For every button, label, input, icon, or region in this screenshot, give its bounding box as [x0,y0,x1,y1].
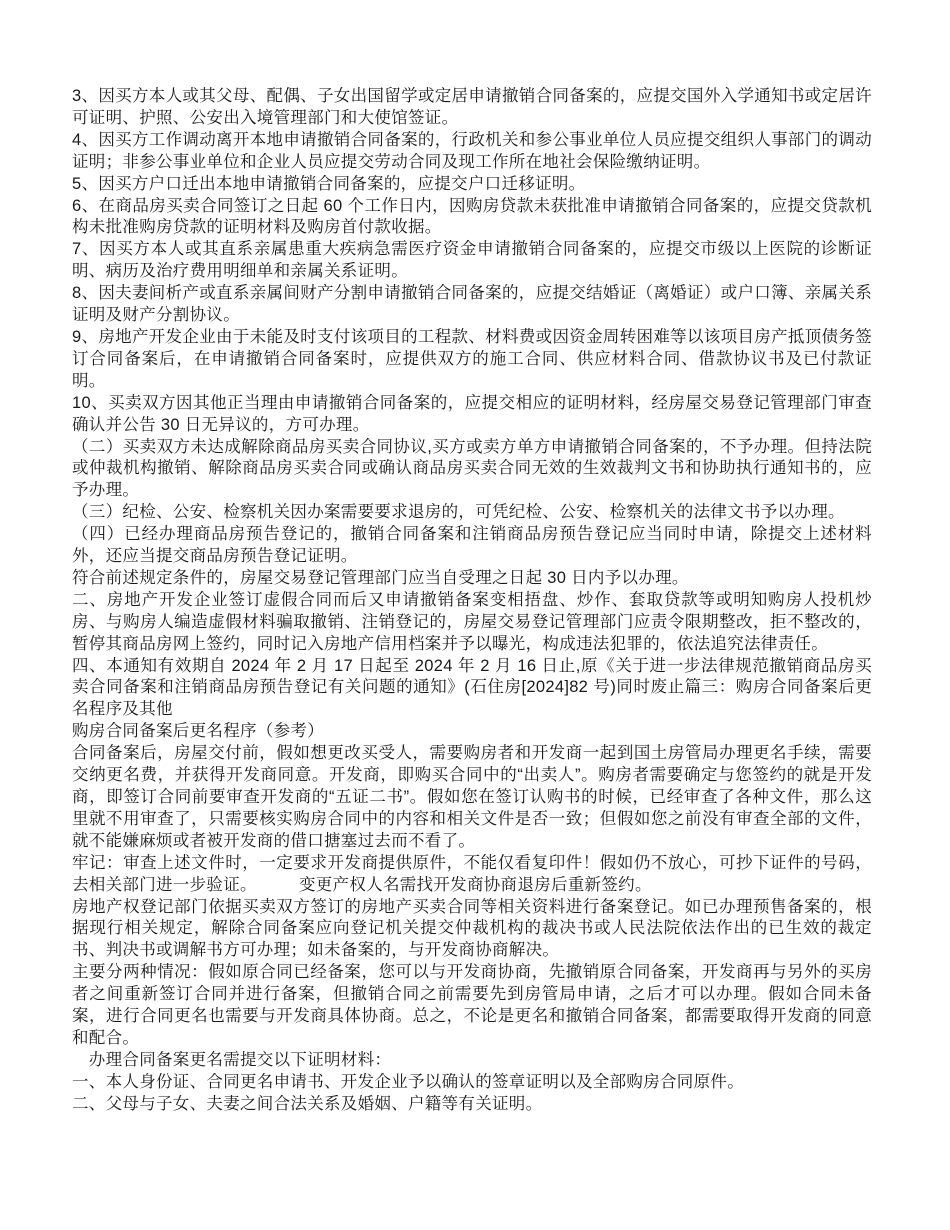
paragraph: 7、因买方本人或其直系亲属患重大疾病急需医疗资金申请撤销合同备案的，应提交市级以… [72,239,872,283]
paragraph: 牢记：审查上述文件时，一定要求开发商提供原件，不能仅看复印件！假如仍不放心，可抄… [72,853,872,897]
paragraph: 二、房地产开发企业签订虚假合同而后又申请撤销备案变相捂盘、炒作、套取贷款等或明知… [72,590,872,656]
paragraph: 8、因夫妻间析产或直系亲属间财产分割申请撤销合同备案的，应提交结婚证（离婚证）或… [72,283,872,327]
paragraph: 二、父母与子女、夫妻之间合法关系及婚姻、户籍等有关证明。 [72,1094,872,1116]
paragraph: 房地产权登记部门依据买卖双方签订的房地产买卖合同等相关资料进行备案登记。如已办理… [72,897,872,963]
paragraph: 办理合同备案更名需提交以下证明材料： [72,1050,872,1072]
paragraph: 购房合同备案后更名程序（参考） [72,721,872,743]
paragraph: 9、房地产开发企业由于未能及时支付该项目的工程款、材料费或因资金周转困难等以该项… [72,327,872,393]
paragraph: （四）已经办理商品房预告登记的，撤销合同备案和注销商品房预告登记应当同时申请，除… [72,524,872,568]
paragraph: （二）买卖双方未达成解除商品房买卖合同协议,买方或卖方单方申请撤销合同备案的，不… [72,437,872,503]
paragraph: 6、在商品房买卖合同签订之日起 60 个工作日内，因购房贷款未获批准申请撤销合同… [72,196,872,240]
paragraph: 主要分两种情况：假如原合同已经备案，您可以与开发商协商，先撤销原合同备案，开发商… [72,962,872,1050]
paragraph: 四、本通知有效期自 2024 年 2 月 17 日起至 2024 年 2 月 1… [72,656,872,722]
paragraph: 一、本人身份证、合同更名申请书、开发企业予以确认的签章证明以及全部购房合同原件。 [72,1072,872,1094]
paragraph: 符合前述规定条件的，房屋交易登记管理部门应当自受理之日起 30 日内予以办理。 [72,568,872,590]
paragraph: 5、因买方户口迁出本地申请撤销合同备案的，应提交户口迁移证明。 [72,174,872,196]
paragraph: 3、因买方本人或其父母、配偶、子女出国留学或定居申请撤销合同备案的，应提交国外入… [72,86,872,130]
document-body: 3、因买方本人或其父母、配偶、子女出国留学或定居申请撤销合同备案的，应提交国外入… [72,86,872,1116]
paragraph: 4、因买方工作调动离开本地申请撤销合同备案的，行政机关和参公事业单位人员应提交组… [72,130,872,174]
document-page: 3、因买方本人或其父母、配偶、子女出国留学或定居申请撤销合同备案的，应提交国外入… [0,0,950,1230]
paragraph: 10、买卖双方因其他正当理由申请撤销合同备案的，应提交相应的证明材料，经房屋交易… [72,393,872,437]
paragraph: 合同备案后，房屋交付前，假如想更改买受人，需要购房者和开发商一起到国土房管局办理… [72,743,872,853]
paragraph: （三）纪检、公安、检察机关因办案需要要求退房的，可凭纪检、公安、检察机关的法律文… [72,502,872,524]
